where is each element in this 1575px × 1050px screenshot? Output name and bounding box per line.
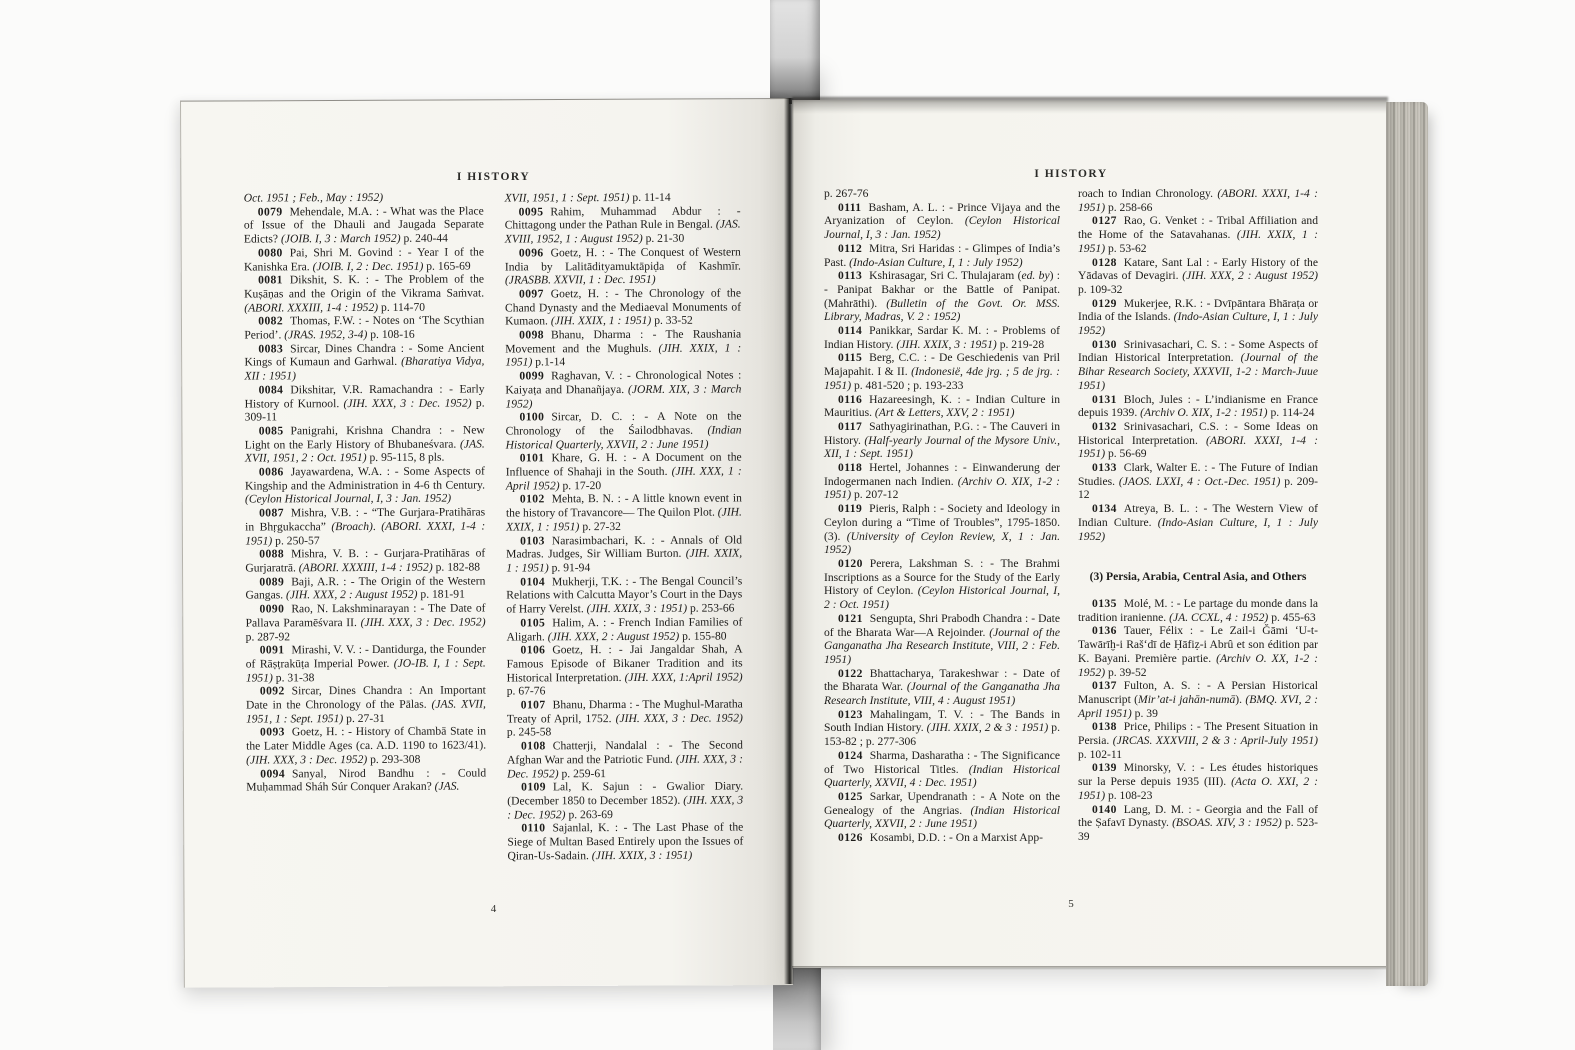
bib-entry: 0140Lang, D. M. : - Georgia and the Fall… [1078,803,1318,844]
running-header-right: I HISTORY [824,168,1318,180]
entry-number: 0093 [260,726,292,739]
entry-number: 0127 [1092,214,1124,227]
entry-number: 0138 [1092,720,1124,733]
section-heading: (3) Persia, Arabia, Central Asia, and Ot… [1084,570,1312,584]
entry-number: 0116 [838,393,869,406]
bib-entry: Oct. 1951 ; Feb., May : 1952) [244,190,484,205]
entry-number: 0109 [521,781,553,794]
entry-number: 0095 [519,205,551,218]
bib-entry: 0126Kosambi, D.D. : - On a Marxist App- [824,831,1060,845]
bib-entry: 0117Sathyagirinathan, P.G. : - The Cauve… [824,420,1060,461]
entry-number: 0128 [1092,256,1124,269]
bib-entry: 0118Hertel, Johannes : - Einwanderung de… [824,461,1060,502]
entry-number: 0122 [838,667,870,680]
bib-entry: 0134Atreya, B. L. : - The Western View o… [1078,502,1318,543]
entry-number: 0139 [1092,761,1124,774]
bib-entry: 0102Mehta, B. N. : - A little known even… [506,492,742,534]
bib-entry: 0085Panigrahi, Krishna Chandra : - New L… [245,423,485,465]
bib-entry: p. 267-76 [824,187,1060,201]
entry-number: 0106 [521,644,553,657]
bib-entry: 0131Bloch, Jules : - L’indianisme en Fra… [1078,393,1318,420]
entry-number: 0120 [838,557,870,570]
bib-entry: 0092Sircar, Dines Chandra : An Important… [246,684,486,726]
entry-number: 0118 [838,461,869,474]
entry-number: 0132 [1092,420,1124,433]
entry-number: 0099 [519,369,551,382]
bib-entry: 0121Sengupta, Shri Prabodh Chandra : - D… [824,612,1060,667]
bib-entry: 0079Mehendale, M.A. : - What was the Pla… [244,204,484,246]
entry-number: 0103 [520,534,552,547]
entry-number: 0131 [1092,393,1124,406]
entry-number: 0110 [521,822,552,835]
entry-number: 0088 [259,548,291,561]
entry-number: 0135 [1092,597,1124,610]
entry-number: 0117 [838,420,869,433]
entry-number: 0136 [1092,624,1124,637]
bib-entry: 0125Sarkar, Upendranath : - A Note on th… [824,790,1060,831]
entry-number: 0085 [259,424,291,437]
bib-entry: 0138Price, Philips : - The Present Situa… [1078,720,1318,761]
bib-entry: 0139Minorsky, V. : - Les études historiq… [1078,761,1318,802]
entry-number: 0107 [521,698,553,711]
bib-entry: 0106Goetz, H. : - Jai Jangaldar Shah, A … [507,643,743,699]
bib-entry: 0105Halim, A. : - French Indian Families… [506,615,742,643]
entry-number: 0087 [259,506,291,519]
entry-number: 0094 [260,767,292,780]
entry-number: 0111 [838,201,869,214]
entry-number: 0079 [258,205,290,218]
bib-entry: 0097Goetz, H. : - The Chronology of the … [505,286,741,328]
right-page-column-1: p. 267-760111Basham, A. L. : - Prince Vi… [824,187,1060,845]
bib-entry: 0136Tauer, Félix : - Le Zail-i Ğāmi ʻU-t… [1078,624,1318,679]
entry-number: 0119 [838,502,869,515]
scanned-book-spread: { "page_left": { "header": "I HISTORY", … [0,0,1575,1050]
bib-entry: 0108Chatterji, Nandalal : - The Second A… [507,739,743,781]
right-page-column-2: roach to Indian Chronology. (ABORI. XXXI… [1078,187,1318,844]
entry-number: 0092 [260,685,292,698]
entry-number: 0096 [519,246,551,259]
bib-entry: 0093Goetz, H. : - History of Chambā Stat… [246,725,486,767]
entry-number: 0080 [258,246,290,259]
entry-number: 0114 [838,324,869,337]
entry-number: 0105 [520,616,552,629]
page-number-left: 4 [245,903,742,915]
entry-number: 0084 [259,383,291,396]
bib-entry: 0090Rao, N. Lakshminarayan : - The Date … [245,602,485,644]
bib-entry: 0123Mahalingam, T. V. : - The Bands in S… [824,708,1060,749]
bib-entry: XVII, 1951, 1 : Sept. 1951) p. 11-14 [505,190,741,205]
bib-entry: 0110Sajanlal, K. : - The Last Phase of t… [507,821,743,863]
entry-number: 0140 [1092,803,1124,816]
entry-number: 0134 [1092,502,1124,515]
bib-entry: 0132Srinivasachari, C.S. : - Some Ideas … [1078,420,1318,461]
entry-number: 0104 [520,575,552,588]
entry-number: 0133 [1092,461,1124,474]
bib-entry: 0104Mukherji, T.K. : - The Bengal Counci… [506,574,742,616]
entry-number: 0108 [521,739,553,752]
entry-number: 0123 [838,708,870,721]
bib-entry: 0084Dikshitar, V.R. Ramachandra : - Earl… [245,382,485,424]
entry-number: 0101 [520,452,552,465]
bib-entry: 0083Sircar, Dines Chandra : - Some Ancie… [244,341,484,383]
bib-entry: 0112Mitra, Sri Haridas : - Glimpes of In… [824,242,1060,269]
bib-entry: 0107Bhanu, Dharma : - The Mughul-Maratha… [507,697,743,739]
bib-entry: 0116Hazareesingh, K. : - Indian Culture … [824,393,1060,420]
entry-number: 0089 [259,575,291,588]
bib-entry: 0122Bhattacharya, Tarakeshwar : - Date o… [824,667,1060,708]
entry-number: 0130 [1092,338,1124,351]
bib-entry: 0114Panikkar, Sardar K. M. : - Problems … [824,324,1060,351]
bib-entry: 0111Basham, A. L. : - Prince Vijaya and … [824,201,1060,242]
bib-entry: 0109Lal, K. Sajun : - Gwalior Diary. (De… [507,780,743,822]
entry-number: 0121 [838,612,870,625]
bib-entry: 0137Fulton, A. S. : - A Persian Historic… [1078,679,1318,720]
bib-entry: 0100Sircar, D. C. : - A Note on the Chro… [505,410,741,452]
bib-entry: 0082Thomas, F.W. : - Notes on ‘The Scyth… [244,314,484,342]
bib-entry: 0098Bhanu, Dharma : - The Raushania Move… [505,328,741,370]
bib-entry: 0099Raghavan, V. : - Chronological Notes… [505,369,741,411]
bib-entry: 0094Sanyal, Nirod Bandhu : - Could Muḥam… [246,766,486,794]
entry-number: 0083 [258,342,290,355]
bib-entry: 0088Mishra, V. B. : - Gurjara-Pratihāras… [245,547,485,575]
bib-entry: 0096Goetz, H. : - The Conquest of Wester… [505,245,741,287]
bib-entry: 0128Katare, Sant Lal : - Early History o… [1078,256,1318,297]
bib-entry: 0135Molé, M. : - Le partage du monde dan… [1078,597,1318,624]
bib-entry: 0087Mishra, V.B. : - “The Gurjara-Pratih… [245,506,485,548]
bib-entry: 0080Pai, Shri M. Govind : - Year I of th… [244,245,484,273]
bib-entry: 0124Sharma, Dasharatha : - The Significa… [824,749,1060,790]
book-spine-gutter [784,98,794,984]
entry-number: 0124 [838,749,870,762]
entry-number: 0097 [519,287,551,300]
bib-entry: 0081Dikshit, S. K. : - The Problem of th… [244,273,484,315]
entry-number: 0086 [259,465,291,478]
scanner-cradle-bar-top [770,0,820,104]
bib-entry: 0113Kshirasagar, Sri C. Thulajaram (ed. … [824,269,1060,324]
bib-entry: 0127Rao, G. Venket : - Tribal Affiliatio… [1078,214,1318,255]
bib-entry: 0120Perera, Lakshman S. : - The Brahmi I… [824,557,1060,612]
running-header-left: I HISTORY [245,171,742,183]
entry-number: 0102 [520,493,552,506]
entry-number: 0091 [260,644,292,657]
entry-number: 0098 [519,328,551,341]
bib-entry: roach to Indian Chronology. (ABORI. XXXI… [1078,187,1318,214]
bib-entry: 0086Jayawardena, W.A. : - Some Aspects o… [245,465,485,507]
bib-entry: 0133Clark, Walter E. : - The Future of I… [1078,461,1318,502]
entry-number: 0137 [1092,679,1124,692]
page-number-right: 5 [824,898,1318,910]
bib-entry: 0115Berg, C.C. : - De Geschiedenis van P… [824,351,1060,392]
left-page-column-2: XVII, 1951, 1 : Sept. 1951) p. 11-140095… [505,190,744,862]
bib-entry: 0101Khare, G. H. : - A Document on the I… [506,451,742,493]
bib-entry: 0091Mirashi, V. V. : - Dantidurga, the F… [246,643,486,685]
entry-number: 0115 [838,351,869,364]
bib-entry: 0129Mukerjee, R.K. : - Dvīpāntara Bhāraṭ… [1078,297,1318,338]
entry-number: 0129 [1092,297,1124,310]
entry-number: 0082 [258,315,290,328]
bib-entry: 0130Srinivasachari, C. S. : - Some Aspec… [1078,338,1318,393]
bib-entry: 0095Rahim, Muhammad Abdur : - Chittagong… [505,204,741,246]
left-page-column-1: Oct. 1951 ; Feb., May : 1952)0079Mehenda… [244,190,487,794]
entry-number: 0090 [259,602,291,615]
entry-number: 0113 [838,269,869,282]
bib-entry: 0103Narasimbachari, K. : - Annals of Old… [506,533,742,575]
entry-number: 0125 [838,790,870,803]
bib-entry: 0119Pieris, Ralph : - Society and Ideolo… [824,502,1060,557]
entry-number: 0126 [838,831,870,844]
bib-entry: 0089Baji, A.R. : - The Origin of the Wes… [245,574,485,602]
entry-number: 0112 [838,242,869,255]
entry-number: 0081 [258,274,290,287]
entry-number: 0100 [519,411,551,424]
book-fore-edge [1386,102,1428,986]
